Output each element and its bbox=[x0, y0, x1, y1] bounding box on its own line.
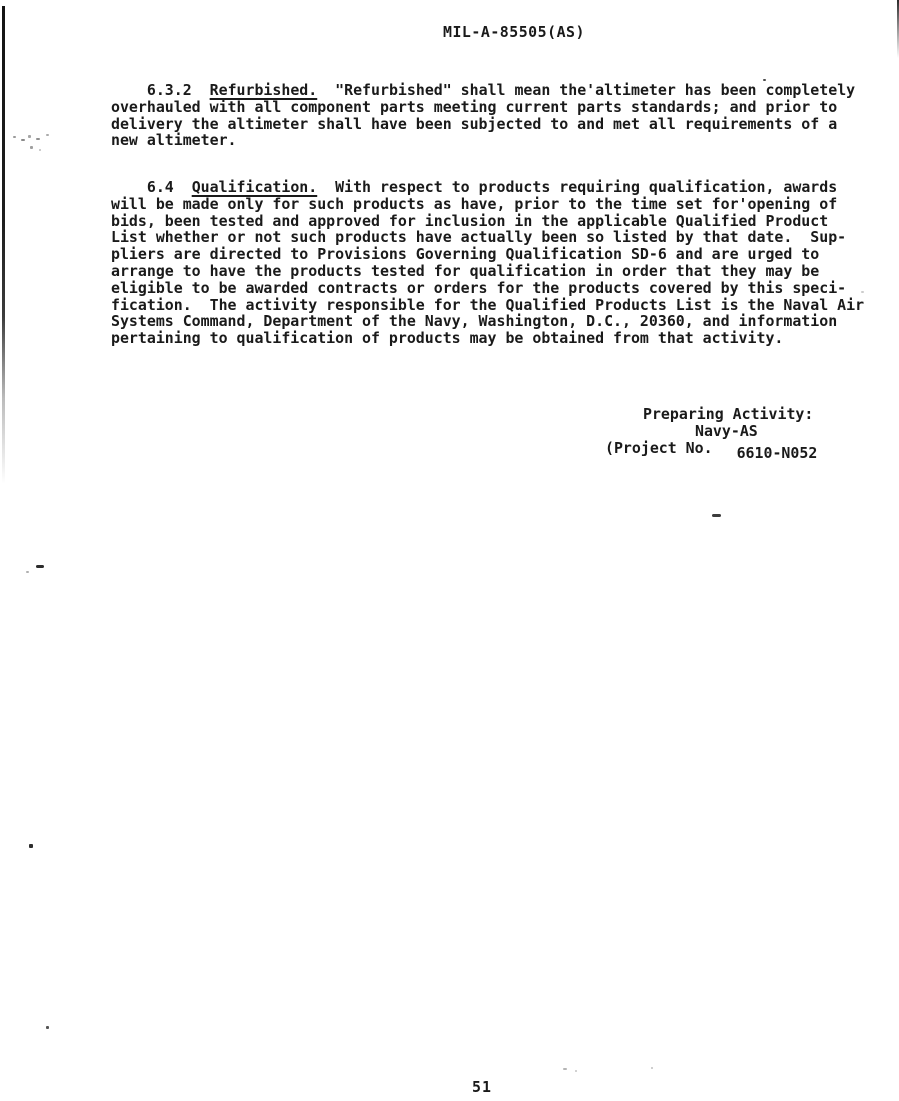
document-page: MIL-A-85505(AS) 6.3.2 Refurbished. "Refu… bbox=[0, 0, 899, 1101]
project-number-value: 6610-N052 bbox=[737, 445, 818, 462]
preparing-activity-name: Navy-AS bbox=[695, 423, 758, 440]
scan-edge-line-artifact bbox=[2, 6, 5, 484]
section-6-4: 6.4 Qualification. With respect to produ… bbox=[111, 179, 889, 347]
scan-speckle bbox=[26, 571, 29, 573]
scan-speckle bbox=[46, 1026, 49, 1029]
scan-speckle bbox=[39, 149, 41, 151]
section-6-3-2: 6.3.2 Refurbished. "Refurbished" shall m… bbox=[111, 82, 889, 149]
document-id-header: MIL-A-85505(AS) bbox=[443, 24, 585, 41]
scan-speckle bbox=[28, 135, 31, 138]
section-number: 6.4 bbox=[111, 178, 192, 196]
project-number-line: (Project No.6610-N052 bbox=[605, 440, 817, 457]
scan-speckle bbox=[651, 1067, 653, 1069]
scan-dash-artifact bbox=[712, 514, 721, 517]
page-number: 51 bbox=[472, 1079, 492, 1096]
scan-speckle bbox=[575, 1070, 577, 1072]
scan-dash-artifact bbox=[36, 565, 44, 568]
project-number-prefix: (Project No. bbox=[605, 439, 713, 457]
scan-speckle bbox=[563, 1068, 567, 1070]
scan-speckle bbox=[29, 844, 33, 848]
section-body-text: With respect to products requiring quali… bbox=[111, 178, 864, 347]
scan-speckle bbox=[13, 136, 16, 138]
scan-speckle bbox=[21, 139, 25, 141]
section-heading: Refurbished. bbox=[210, 81, 318, 99]
preparing-activity-label: Preparing Activity: bbox=[643, 406, 813, 423]
scan-speckle bbox=[46, 134, 49, 136]
scan-speckle bbox=[30, 146, 33, 149]
section-number: 6.3.2 bbox=[111, 81, 210, 99]
section-heading: Qualification. bbox=[192, 178, 318, 196]
scan-speckle bbox=[36, 138, 40, 140]
